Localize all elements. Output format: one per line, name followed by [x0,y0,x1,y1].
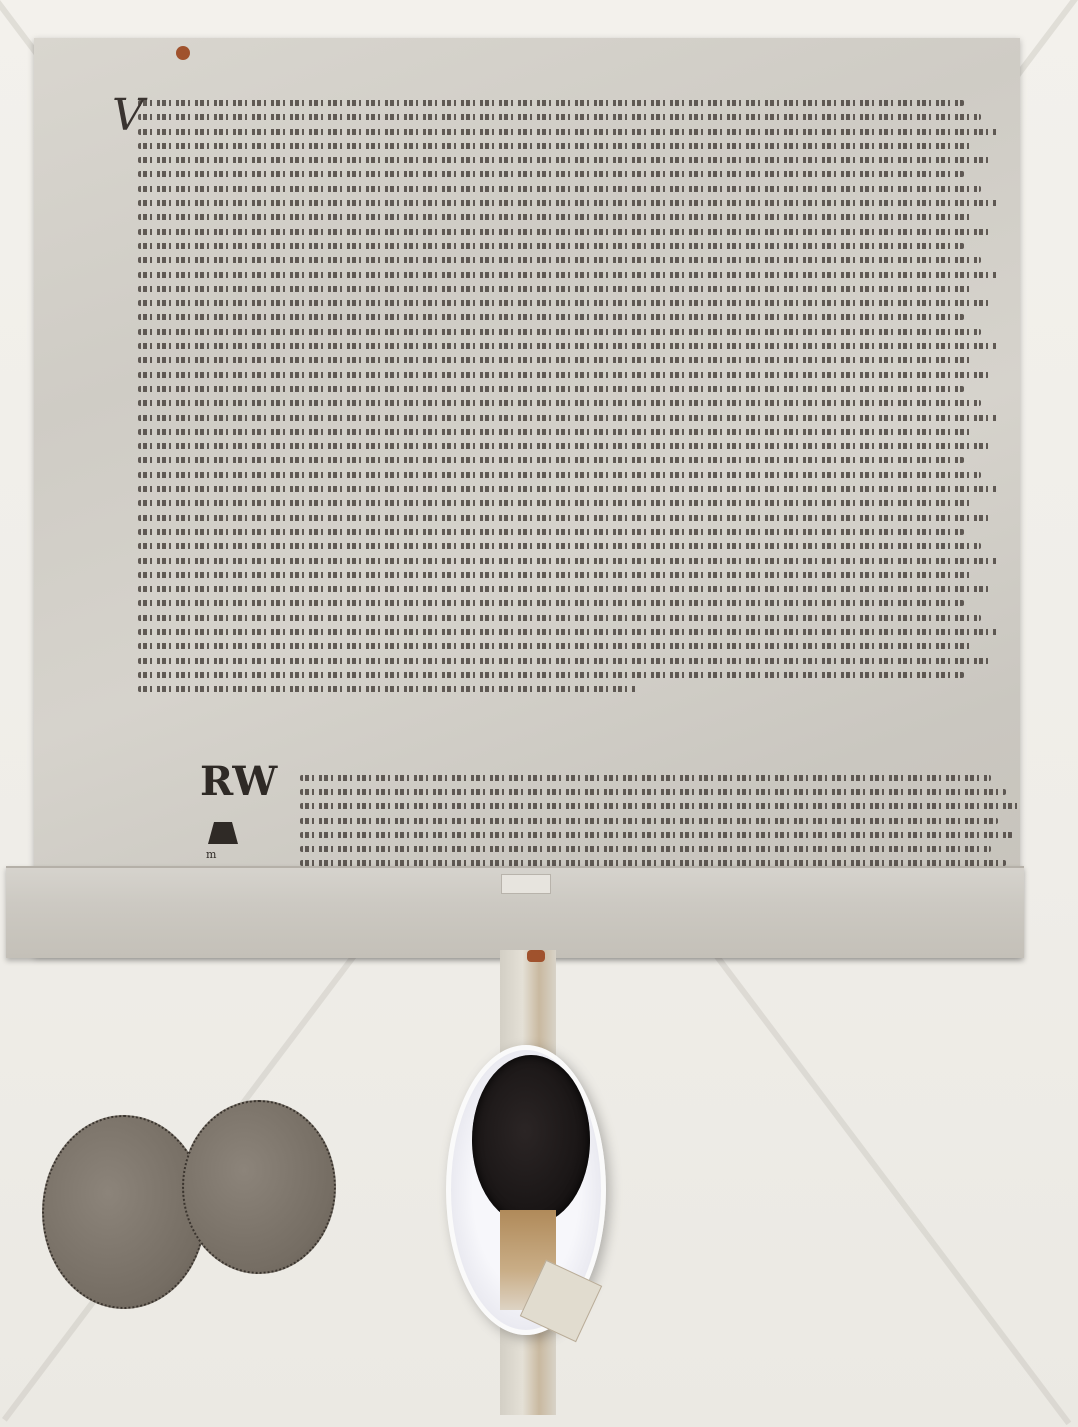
manuscript-line [138,309,998,323]
notarial-sign-base [208,822,238,844]
wax-seal [472,1055,590,1225]
manuscript-line [138,610,998,624]
seal-bag-right-lobe [182,1100,336,1274]
manuscript-line [138,295,998,309]
manuscript-line [138,424,998,438]
manuscript-line [138,138,998,152]
manuscript-line [300,827,1020,841]
manuscript-line [138,538,998,552]
manuscript-line [300,770,1020,784]
manuscript-line [138,452,998,466]
manuscript-line [138,181,998,195]
manuscript-line [138,281,998,295]
charter-main-text [138,95,998,695]
manuscript-line [138,352,998,366]
manuscript-line [138,667,998,681]
manuscript-line [138,124,998,138]
manuscript-line [138,367,998,381]
manuscript-line [138,681,998,695]
wax-stain [176,46,190,60]
manuscript-line [138,395,998,409]
manuscript-line [138,109,998,123]
manuscript-line [138,553,998,567]
manuscript-line [300,841,1020,855]
manuscript-line [138,624,998,638]
manuscript-line [138,410,998,424]
charter-plica-fold [6,866,1024,958]
manuscript-line [138,467,998,481]
manuscript-line [138,209,998,223]
manuscript-line [138,567,998,581]
manuscript-line [138,638,998,652]
manuscript-line [138,324,998,338]
manuscript-line [300,798,1020,812]
manuscript-line [138,95,998,109]
manuscript-line [138,495,998,509]
manuscript-line [138,267,998,281]
manuscript-line [138,152,998,166]
manuscript-line [138,438,998,452]
manuscript-line [138,510,998,524]
manuscript-line [138,338,998,352]
manuscript-line [138,524,998,538]
notarial-mark: m [206,848,216,861]
manuscript-line [138,653,998,667]
manuscript-line [138,195,998,209]
manuscript-line [138,252,998,266]
seal-bag-left-lobe [42,1115,206,1309]
manuscript-line [138,166,998,180]
manuscript-line [138,581,998,595]
manuscript-line [138,481,998,495]
seal-tag-slot [501,874,551,894]
manuscript-line [138,238,998,252]
tag-stain [527,950,545,962]
notarial-sign: RW m [186,762,266,862]
manuscript-line [300,784,1020,798]
manuscript-line [138,224,998,238]
manuscript-line [300,813,1020,827]
manuscript-line [138,381,998,395]
manuscript-line [138,595,998,609]
notarial-monogram: RW [200,762,277,802]
